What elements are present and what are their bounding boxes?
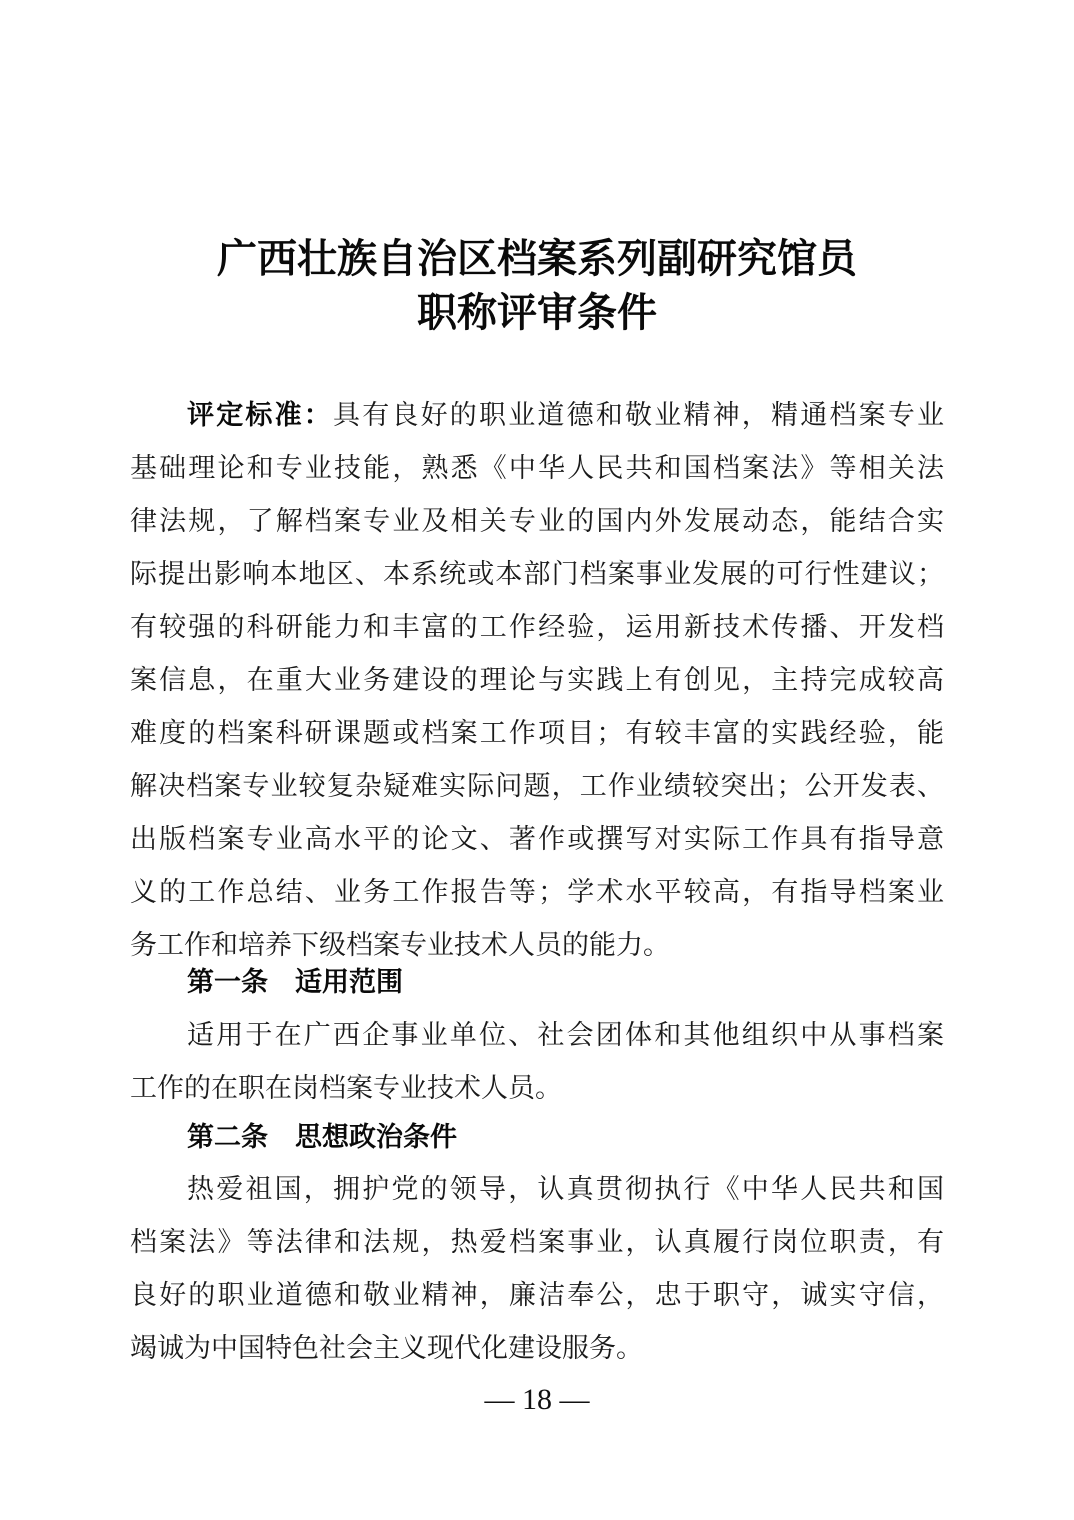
criteria-line-6: 案信息，在重大业务建设的理论与实践上有创见，主持完成较高: [130, 663, 944, 699]
article-2-line-2: 档案法》等法律和法规，热爱档案事业，认真履行岗位职责，有: [130, 1225, 944, 1261]
page-number: — 18 —: [0, 1380, 1074, 1420]
article-2-line-4: 竭诚为中国特色社会主义现代化建设服务。: [130, 1331, 944, 1367]
criteria-line-9: 出版档案专业高水平的论文、著作或撰写对实际工作具有指导意: [130, 822, 944, 858]
criteria-label: 评定标准：: [187, 400, 333, 431]
article-1-line-2: 工作的在职在岗档案专业技术人员。: [130, 1071, 944, 1107]
criteria-line-8: 解决档案专业较复杂疑难实际问题，工作业绩较突出；公开发表、: [130, 769, 944, 805]
criteria-line-11: 务工作和培养下级档案专业技术人员的能力。: [130, 928, 944, 964]
article-2-line-1: 热爱祖国，拥护党的领导，认真贯彻执行《中华人民共和国: [187, 1172, 944, 1208]
criteria-line-7: 难度的档案科研课题或档案工作项目；有较丰富的实践经验，能: [130, 716, 944, 752]
document-title-line-1: 广西壮族自治区档案系列副研究馆员: [0, 232, 1074, 286]
article-2-heading: 第二条 思想政治条件: [187, 1120, 457, 1156]
document-title-line-2: 职称评审条件: [0, 286, 1074, 340]
article-2-line-3: 良好的职业道德和敬业精神，廉洁奉公，忠于职守，诚实守信，: [130, 1278, 944, 1314]
criteria-line-4: 际提出影响本地区、本系统或本部门档案事业发展的可行性建议；: [130, 557, 944, 593]
criteria-line-3: 律法规，了解档案专业及相关专业的国内外发展动态，能结合实: [130, 504, 944, 540]
criteria-line-5: 有较强的科研能力和丰富的工作经验，运用新技术传播、开发档: [130, 610, 944, 646]
criteria-line-1: 评定标准：具有良好的职业道德和敬业精神，精通档案专业: [187, 398, 944, 434]
article-1-line-1: 适用于在广西企事业单位、社会团体和其他组织中从事档案: [187, 1018, 944, 1054]
document-page: 广西壮族自治区档案系列副研究馆员 职称评审条件 评定标准：具有良好的职业道德和敬…: [0, 0, 1074, 1520]
criteria-line-10: 义的工作总结、业务工作报告等；学术水平较高，有指导档案业: [130, 875, 944, 911]
criteria-line-2: 基础理论和专业技能，熟悉《中华人民共和国档案法》等相关法: [130, 451, 944, 487]
article-1-heading: 第一条 适用范围: [187, 965, 403, 1001]
criteria-text: 具有良好的职业道德和敬业精神，精通档案专业: [333, 400, 944, 431]
